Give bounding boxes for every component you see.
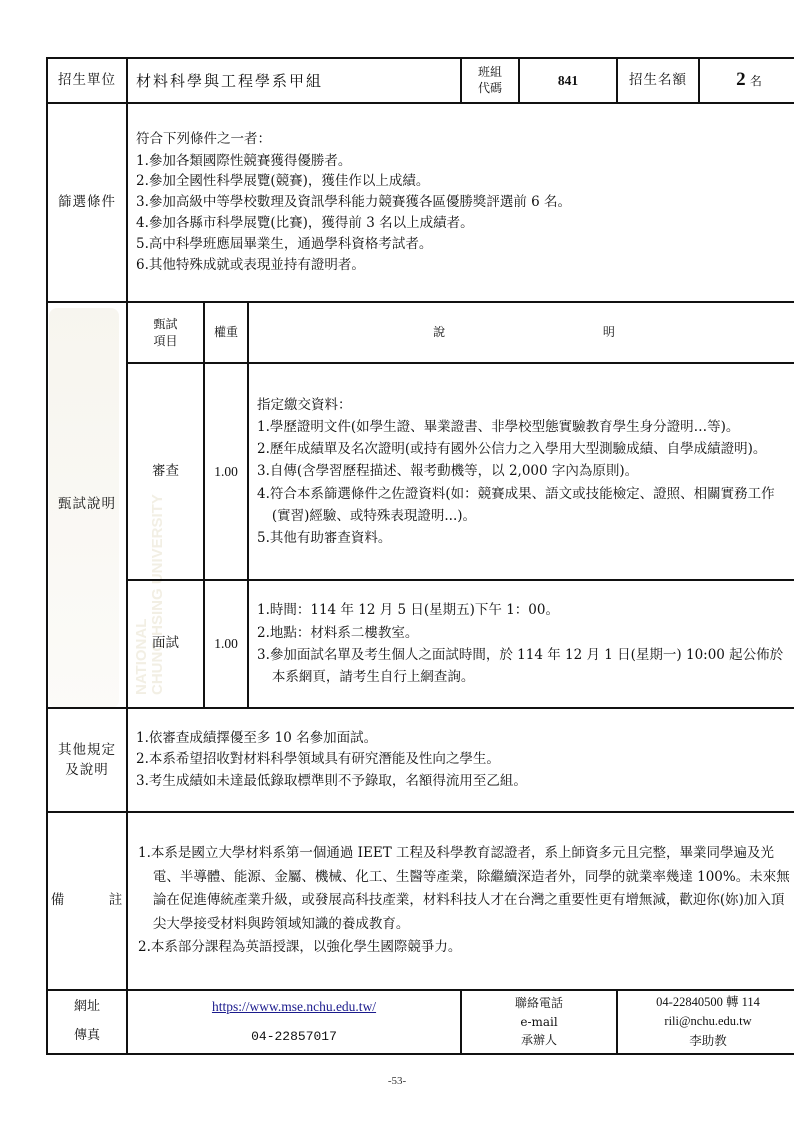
contact-left-values: https://www.mse.nchu.edu.tw/ 04-22857017 [127,990,461,1054]
notes-item: 2.本系部分課程為英語授課，以強化學生國際競爭力。 [138,936,790,960]
review-item: 2.歷年成績單及名次證明(或持有國外公信力之入學用大型測驗成績、自學成績證明)。 [257,438,791,460]
screening-item: 2.參加全國性科學展覽(競賽)，獲佳作以上成績。 [136,171,790,192]
screening-content: 符合下列條件之一者： 1.參加各類國際性競賽獲得優勝者。 2.參加全國性科學展覽… [127,103,794,302]
exam-item-interview: 面試 [128,580,204,707]
col-item-line2: 項目 [128,333,203,350]
exam-desc-review: 指定繳交資料： 1.學歷證明文件(如學生證、畢業證書、非學校型態實驗教育學生身分… [248,363,794,580]
notes-content: 1.本系是國立大學材料系第一個通過 IEET 工程及科學教育認證者，系上師資多元… [127,812,794,990]
screening-item: 1.參加各類國際性競賽獲得優勝者。 [136,151,790,172]
interview-item: 3.參加面試名單及考生個人之面試時間，於 114 年 12 月 1 日(星期一)… [257,644,791,689]
code-label-line2: 代碼 [462,81,518,97]
other-item: 3.考生成績如未達最低錄取標準則不予錄取，名額得流用至乙組。 [136,771,790,793]
website-label: 網址 [48,993,126,1022]
fax-label: 傳真 [48,1022,126,1051]
phone-label: 聯絡電話 [462,994,616,1013]
exam-weight-review: 1.00 [204,363,248,580]
other-label: 其他規定 及說明 [47,708,127,812]
website-link[interactable]: https://www.mse.nchu.edu.tw/ [212,999,376,1014]
header-row: 招生單位 材料科學與工程學系甲組 班組 代碼 841 招生名額 2 名 [47,58,794,103]
screening-row: 篩選條件 符合下列條件之一者： 1.參加各類國際性競賽獲得優勝者。 2.參加全國… [47,103,794,302]
code-label-line1: 班組 [462,65,518,81]
contact-person-value: 李助教 [618,1032,794,1051]
screening-intro: 符合下列條件之一者： [136,129,790,151]
contact-right-labels: 聯絡電話 e-mail 承辦人 [461,990,617,1054]
screening-label: 篩選條件 [47,103,127,302]
exam-detail-table: 甄試 項目 權重 說 明 審查 1.00 指定繳交資料： [128,303,794,707]
review-intro: 指定繳交資料： [257,394,791,416]
quota-number: 2 [736,69,746,90]
exam-row: 甄試說明 甄試 項目 權重 說 明 審查 [47,302,794,708]
code-label: 班組 代碼 [461,58,519,103]
col-desc-a: 說 [433,325,445,339]
exam-review-row: 審查 1.00 指定繳交資料： 1.學歷證明文件(如學生證、畢業證書、非學校型態… [128,363,794,580]
quota-label: 招生名額 [617,58,699,103]
contact-left-labels: 網址 傳真 [47,990,127,1054]
other-rules-row: 其他規定 及說明 1.依審查成績擇優至多 10 名參加面試。 2.本系希望招收對… [47,708,794,812]
code-value: 841 [519,58,617,103]
page-number: -53- [0,1075,794,1087]
review-item: 3.自傳(含學習歷程描述、報考動機等，以 2,000 字內為原則)。 [257,460,791,482]
contact-right-values: 04-22840500 轉 114 rili@nchu.edu.tw 李助教 [617,990,794,1054]
unit-value: 材料科學與工程學系甲組 [127,58,461,103]
interview-item: 1.時間：114 年 12 月 5 日(星期五)下午 1：00。 [257,599,791,621]
review-item: 4.符合本系篩選條件之佐證資料(如：競賽成果、語文或技能檢定、證照、相關實務工作… [257,483,791,528]
other-item: 1.依審查成績擇優至多 10 名參加面試。 [136,728,790,750]
contact-row: 網址 傳真 https://www.mse.nchu.edu.tw/ 04-22… [47,990,794,1054]
other-item: 2.本系希望招收對材料科學領域具有研究潛能及性向之學生。 [136,749,790,771]
col-item-header: 甄試 項目 [128,303,204,363]
other-label-line1: 其他規定 [48,740,126,760]
quota-unit: 名 [750,74,762,88]
exam-weight-interview: 1.00 [204,580,248,707]
fax-value: 04-22857017 [128,1023,460,1052]
screening-item: 4.參加各縣市科學展覽(比賽)，獲得前 3 名以上成績者。 [136,213,790,234]
unit-label: 招生單位 [47,58,127,103]
admission-table: 招生單位 材料科學與工程學系甲組 班組 代碼 841 招生名額 2 名 篩選條件… [46,57,794,1055]
email-label: e-mail [462,1013,616,1032]
exam-detail-cell: 甄試 項目 權重 說 明 審查 1.00 指定繳交資料： [127,302,794,708]
exam-label: 甄試說明 [47,302,127,708]
notes-item: 1.本系是國立大學材料系第一個通過 IEET 工程及科學教育認證者，系上師資多元… [138,842,790,937]
phone-value: 04-22840500 轉 114 [618,993,794,1012]
exam-item-review: 審查 [128,363,204,580]
exam-desc-interview: 1.時間：114 年 12 月 5 日(星期五)下午 1：00。 2.地點：材料… [248,580,794,707]
notes-row: 備 註 1.本系是國立大學材料系第一個通過 IEET 工程及科學教育認證者，系上… [47,812,794,990]
review-item: 1.學歷證明文件(如學生證、畢業證書、非學校型態實驗教育學生身分證明…等)。 [257,416,791,438]
exam-interview-row: 面試 1.00 1.時間：114 年 12 月 5 日(星期五)下午 1：00。… [128,580,794,707]
col-desc-b: 明 [603,325,615,339]
contact-person-label: 承辦人 [462,1031,616,1050]
screening-item: 3.參加高級中等學校數理及資訊學科能力競賽獲各區優勝獎評選前 6 名。 [136,192,790,213]
col-weight-header: 權重 [204,303,248,363]
other-label-line2: 及說明 [48,760,126,780]
exam-header-row: 甄試 項目 權重 說 明 [128,303,794,363]
quota-value: 2 名 [699,58,794,103]
col-desc-header: 說 明 [248,303,794,363]
other-content: 1.依審查成績擇優至多 10 名參加面試。 2.本系希望招收對材料科學領域具有研… [127,708,794,812]
screening-item: 5.高中科學班應屆畢業生，通過學科資格考試者。 [136,234,790,255]
notes-label: 備 註 [47,812,127,990]
screening-item: 6.其他特殊成就或表現並持有證明者。 [136,255,790,276]
review-item: 5.其他有助審查資料。 [257,527,791,549]
interview-item: 2.地點：材料系二樓教室。 [257,622,791,644]
email-value[interactable]: rili@nchu.edu.tw [618,1012,794,1031]
col-item-line1: 甄試 [128,316,203,333]
